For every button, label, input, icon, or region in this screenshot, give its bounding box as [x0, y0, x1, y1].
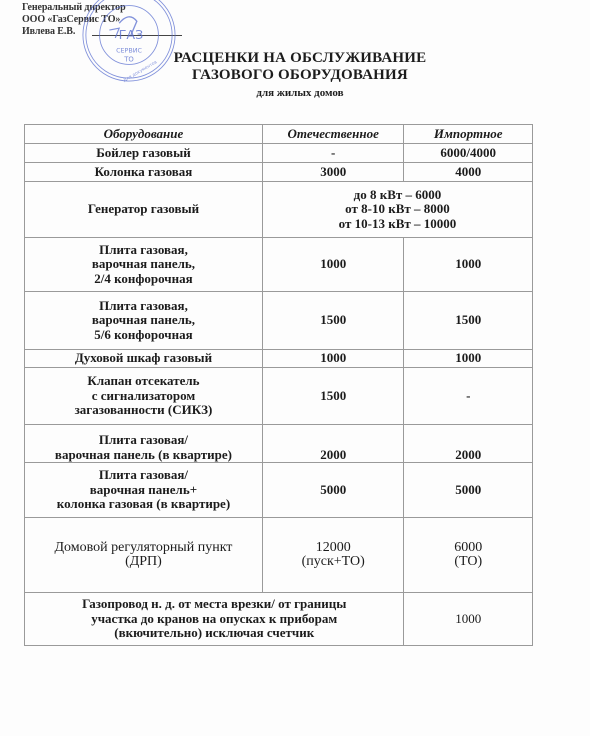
- row-imported: 1000: [404, 238, 533, 292]
- header-imported: Импортное: [404, 125, 533, 144]
- row-imported: 1000: [404, 350, 533, 368]
- table-row: Колонка газовая 3000 4000: [25, 163, 533, 182]
- row-domestic: 5000: [262, 463, 404, 518]
- row-item: Плита газовая/ варочная панель (в кварти…: [25, 425, 263, 463]
- table-row: Плита газовая/ варочная панель+ колонка …: [25, 463, 533, 518]
- row-domestic: 3000: [262, 163, 404, 182]
- stamp-arc-text: СЕРВИС: [116, 47, 142, 55]
- title-line-1: РАСЦЕНКИ НА ОБСЛУЖИВАНИЕ: [150, 50, 450, 67]
- approval-position: Генеральный директор: [22, 2, 126, 14]
- row-imported: 6000/4000: [404, 144, 533, 163]
- row-power-tiers: до 8 кВт – 6000 от 8-10 кВт – 8000 от 10…: [262, 182, 532, 238]
- header-equipment: Оборудование: [25, 125, 263, 144]
- price-table: Оборудование Отечественное Импортное Бой…: [24, 124, 533, 646]
- row-domestic: 1000: [262, 238, 404, 292]
- row-imported: -: [404, 368, 533, 425]
- document-title: РАСЦЕНКИ НА ОБСЛУЖИВАНИЕ ГАЗОВОГО ОБОРУД…: [150, 50, 450, 101]
- row-domestic: 1500: [262, 368, 404, 425]
- row-domestic: -: [262, 144, 404, 163]
- row-domestic: 12000 (пуск+ТО): [262, 518, 404, 593]
- table-row: Бойлер газовый - 6000/4000: [25, 144, 533, 163]
- table-row: Домовой регуляторный пункт (ДРП) 12000 (…: [25, 518, 533, 593]
- row-imported: 4000: [404, 163, 533, 182]
- table-row: Клапан отсекатель с сигнализатором загаз…: [25, 368, 533, 425]
- row-item: Домовой регуляторный пункт (ДРП): [25, 518, 263, 593]
- row-domestic: 1000: [262, 350, 404, 368]
- row-item: Плита газовая/ варочная панель+ колонка …: [25, 463, 263, 518]
- table-row: Плита газовая/ варочная панель (в кварти…: [25, 425, 533, 463]
- table-row: Плита газовая, варочная панель, 5/6 конф…: [25, 292, 533, 350]
- approval-name: Ивлева Е.В.: [22, 26, 126, 38]
- row-item: Бойлер газовый: [25, 144, 263, 163]
- table-header-row: Оборудование Отечественное Импортное: [25, 125, 533, 144]
- row-item: Плита газовая, варочная панель, 2/4 конф…: [25, 238, 263, 292]
- row-imported: 2000: [404, 425, 533, 463]
- row-item: Клапан отсекатель с сигнализатором загаз…: [25, 368, 263, 425]
- approval-company: ООО «ГазСервис ТО»: [22, 14, 126, 26]
- title-subtitle: для жилых домов: [150, 85, 450, 101]
- header-domestic: Отечественное: [262, 125, 404, 144]
- row-item: Газопровод н. д. от места врезки/ от гра…: [25, 593, 404, 646]
- signature-line: [92, 35, 182, 36]
- table-row: Газопровод н. д. от места врезки/ от гра…: [25, 593, 533, 646]
- row-domestic: 1500: [262, 292, 404, 350]
- table-row: Плита газовая, варочная панель, 2/4 конф…: [25, 238, 533, 292]
- row-imported: 5000: [404, 463, 533, 518]
- row-item: Духовой шкаф газовый: [25, 350, 263, 368]
- table-row: Генератор газовый до 8 кВт – 6000 от 8-1…: [25, 182, 533, 238]
- title-line-2: ГАЗОВОГО ОБОРУДОВАНИЯ: [150, 67, 450, 84]
- row-item: Плита газовая, варочная панель, 5/6 конф…: [25, 292, 263, 350]
- row-imported: 1500: [404, 292, 533, 350]
- row-domestic: 2000: [262, 425, 404, 463]
- stamp-bottom-text: ТО: [123, 55, 134, 63]
- row-item: Генератор газовый: [25, 182, 263, 238]
- row-imported: 6000 (ТО): [404, 518, 533, 593]
- row-item: Колонка газовая: [25, 163, 263, 182]
- approval-block: Генеральный директор ООО «ГазСервис ТО» …: [22, 2, 126, 38]
- table-row: Духовой шкаф газовый 1000 1000: [25, 350, 533, 368]
- row-value: 1000: [404, 593, 533, 646]
